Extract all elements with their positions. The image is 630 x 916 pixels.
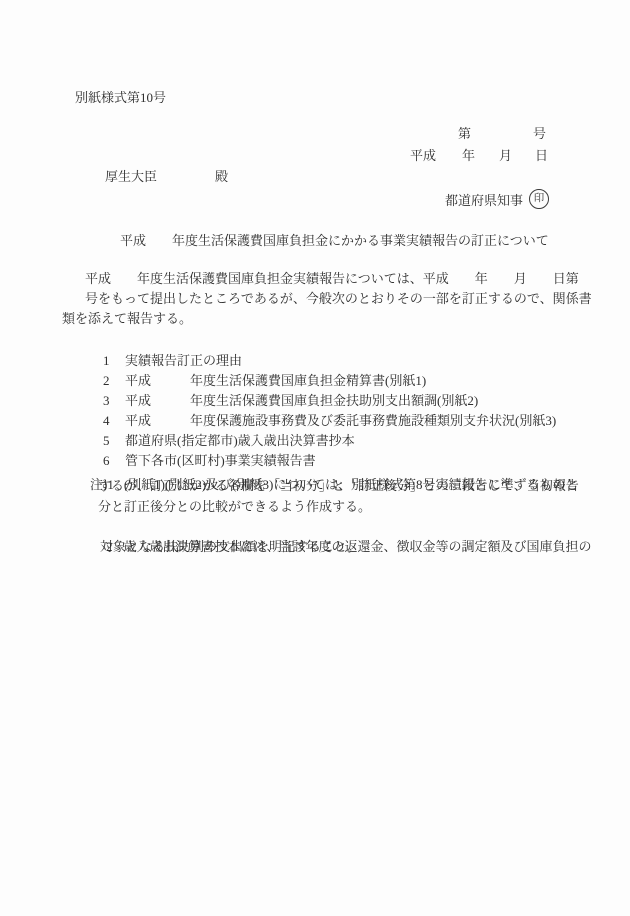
document-subject: 平成 年度生活保護費国庫負担金にかかる事業実績報告の訂正について (120, 231, 549, 251)
ref-number-suffix: 号 (533, 124, 546, 144)
note-line: 分と訂正後分との比較ができるよう作成する。 (98, 497, 371, 517)
document-page: 別紙様式第10号 第 号 平成 年 月 日 厚生大臣 殿 都道府県知事 印 平成… (0, 0, 630, 916)
note-line: 対象となる扶助別の支出額を明記すること。 (100, 537, 360, 557)
form-number-label: 別紙様式第10号 (75, 88, 166, 108)
date-year-label: 年 (462, 146, 475, 166)
date-month-label: 月 (499, 146, 512, 166)
note-line: するが、訂正にかかる各欄を「当初分」と「訂正後分」との二段として、当初報告 (98, 476, 579, 496)
addressee-name: 厚生大臣 (105, 167, 157, 187)
date-era-label: 平成 (410, 146, 436, 166)
body-paragraph-line: 類を添えて報告する。 (62, 309, 192, 329)
body-paragraph-line: 号をもって提出したところであるが、今般次のとおりその一部を訂正するので、関係書 (85, 289, 592, 309)
addressee-honorific: 殿 (215, 167, 228, 187)
sender-title: 都道府県知事 (445, 191, 523, 211)
body-paragraph-line: 平成 年度生活保護費国庫負担金実績報告については、平成 年 月 日第 (85, 269, 579, 289)
ref-number-prefix: 第 (458, 124, 471, 144)
seal-icon: 印 (529, 189, 549, 209)
date-day-label: 日 (535, 146, 548, 166)
